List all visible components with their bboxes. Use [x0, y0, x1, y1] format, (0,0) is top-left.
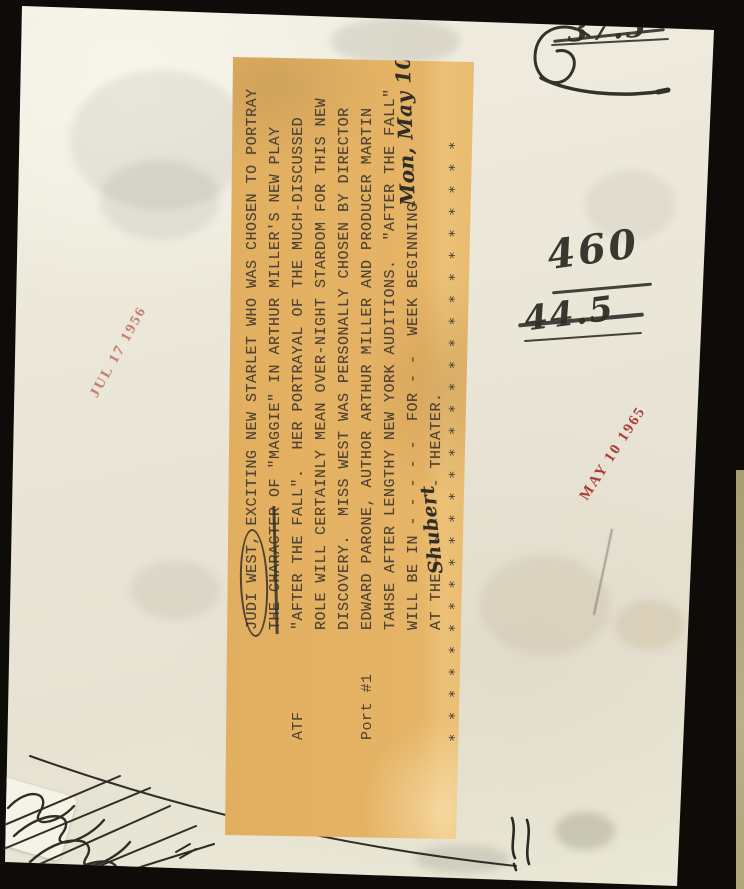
paper-smudge — [555, 812, 615, 850]
torn-paper-patch — [0, 777, 78, 862]
paper-smudge — [615, 600, 685, 650]
paper-smudge — [70, 70, 250, 210]
caption-line: "AFTER THE FALL". HER PORTRAYAL OF THE M… — [287, 65, 310, 630]
label-footer: ATF Port #1 — [241, 645, 425, 740]
star-border-row: **************************** — [447, 82, 463, 742]
photo-paper-back: JUL 17 1956 MAY 10 1965 37.5 460 44.5 — [0, 0, 744, 889]
paper-smudge — [330, 18, 460, 64]
rotated-caption-frame: JUDI WEST, EXCITING NEW STARLET WHO WAS … — [235, 60, 470, 835]
footer-line: Port #1 — [356, 645, 379, 740]
caption-label: JUDI WEST, EXCITING NEW STARLET WHO WAS … — [225, 55, 475, 841]
footer-line: ATF — [287, 645, 310, 740]
caption-line: DISCOVERY. MISS WEST WAS PERSONALLY CHOS… — [333, 65, 356, 630]
paper-smudge — [100, 160, 220, 240]
handwritten-price-445-crossed: 44.5 — [522, 289, 617, 340]
scanner-edge-strip — [736, 470, 744, 889]
typed-caption: JUDI WEST, EXCITING NEW STARLET WHO WAS … — [241, 65, 448, 630]
caption-line: ROLE WILL CERTAINLY MEAN OVER-NIGHT STAR… — [310, 65, 333, 630]
paper-scratch — [593, 529, 613, 615]
date-stamp-may: MAY 10 1965 — [577, 377, 668, 504]
photo-verso-scan: JUL 17 1956 MAY 10 1965 37.5 460 44.5 — [0, 0, 744, 889]
handwritten-number-460: 460 — [544, 220, 642, 279]
date-stamp-jul: JUL 17 1956 — [87, 270, 170, 401]
paper-smudge — [130, 560, 220, 620]
paper-smudge — [415, 845, 510, 873]
paper-smudge — [480, 555, 610, 655]
caption-line: EDWARD PARONE, AUTHOR ARTHUR MILLER AND … — [356, 65, 379, 630]
